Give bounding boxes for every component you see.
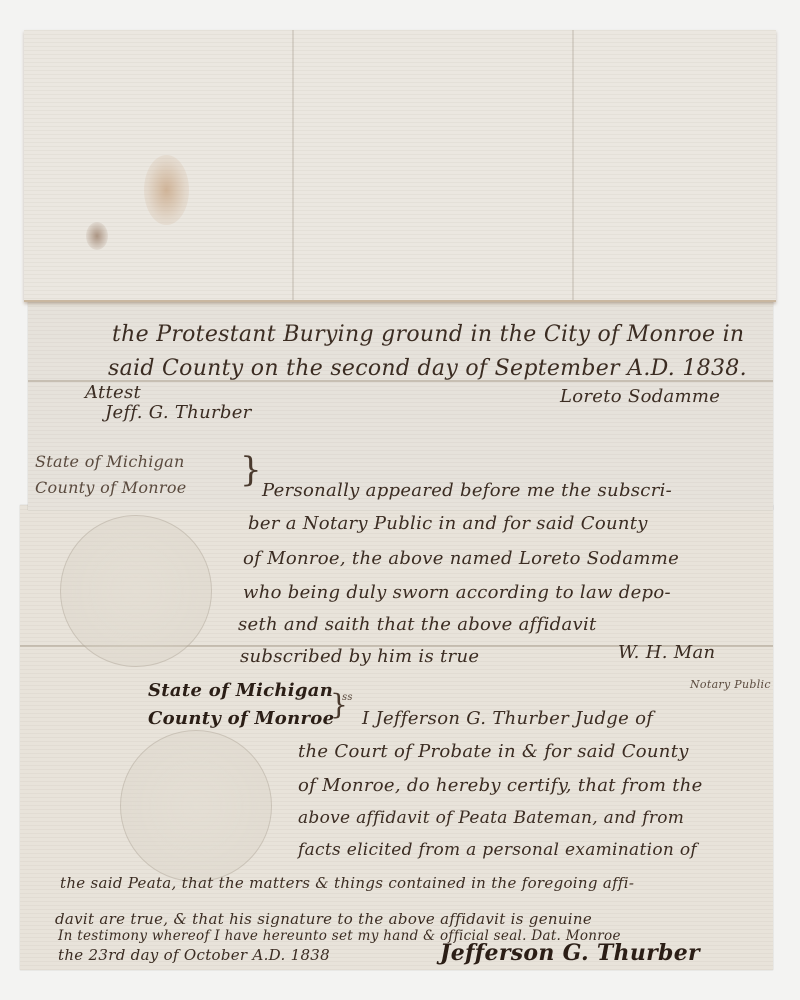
jurat-line-1: Personally appeared before me the subscr… [262,480,672,501]
jurat-line-3: of Monroe, the above named Loreto Sodamm… [243,548,679,569]
fold-crease [292,30,294,300]
certificate-venue-state: State of Michigan [148,680,333,701]
attest-label: Attest [85,382,141,403]
venue-brace: } [240,450,262,490]
certificate-line-3: of Monroe, do hereby certify, that from … [298,775,703,796]
embossed-seal [120,730,272,882]
notary-title: Notary Public [690,678,771,691]
jurat-line-4: who being duly sworn according to law de… [243,582,671,603]
certificate-line-2: the Court of Probate in & for said Count… [298,741,689,762]
certificate-line-9: the 23rd day of October A.D. 1838 [58,946,330,964]
affidavit-line-1: the Protestant Burying ground in the Cit… [112,322,744,347]
attest-signature: Jeff. G. Thurber [105,402,252,423]
embossed-seal [60,515,212,667]
jurat-line-5: seth and saith that the above affidavit [238,614,597,635]
certificate-panel [20,505,773,970]
affidavit-line-2: said County on the second day of Septemb… [108,356,747,381]
folded-flap [24,30,776,302]
jurat-venue-county: County of Monroe [35,478,187,497]
certificate-line-1: I Jefferson G. Thurber Judge of [362,708,653,729]
jurat-line-2: ber a Notary Public in and for said Coun… [248,513,648,534]
foxing-stain [86,222,108,250]
jurat-line-6: subscribed by him is true [240,646,479,667]
jurat-venue-state: State of Michigan [35,452,185,471]
certificate-line-7: davit are true, & that his signature to … [55,910,592,928]
notary-signature: W. H. Man [618,642,715,663]
foxing-stain [144,155,189,225]
affiant-signature: Loreto Sodamme [560,386,720,407]
certificate-line-5: facts elicited from a personal examinati… [298,840,697,860]
certificate-line-4: above affidavit of Peata Bateman, and fr… [298,808,684,828]
scilicet-mark: ss [342,692,353,703]
certificate-venue-county: County of Monroe [148,708,334,729]
fold-crease [572,30,574,300]
certificate-line-6: the said Peata, that the matters & thing… [60,874,634,892]
judge-signature: Jefferson G. Thurber [440,940,700,966]
